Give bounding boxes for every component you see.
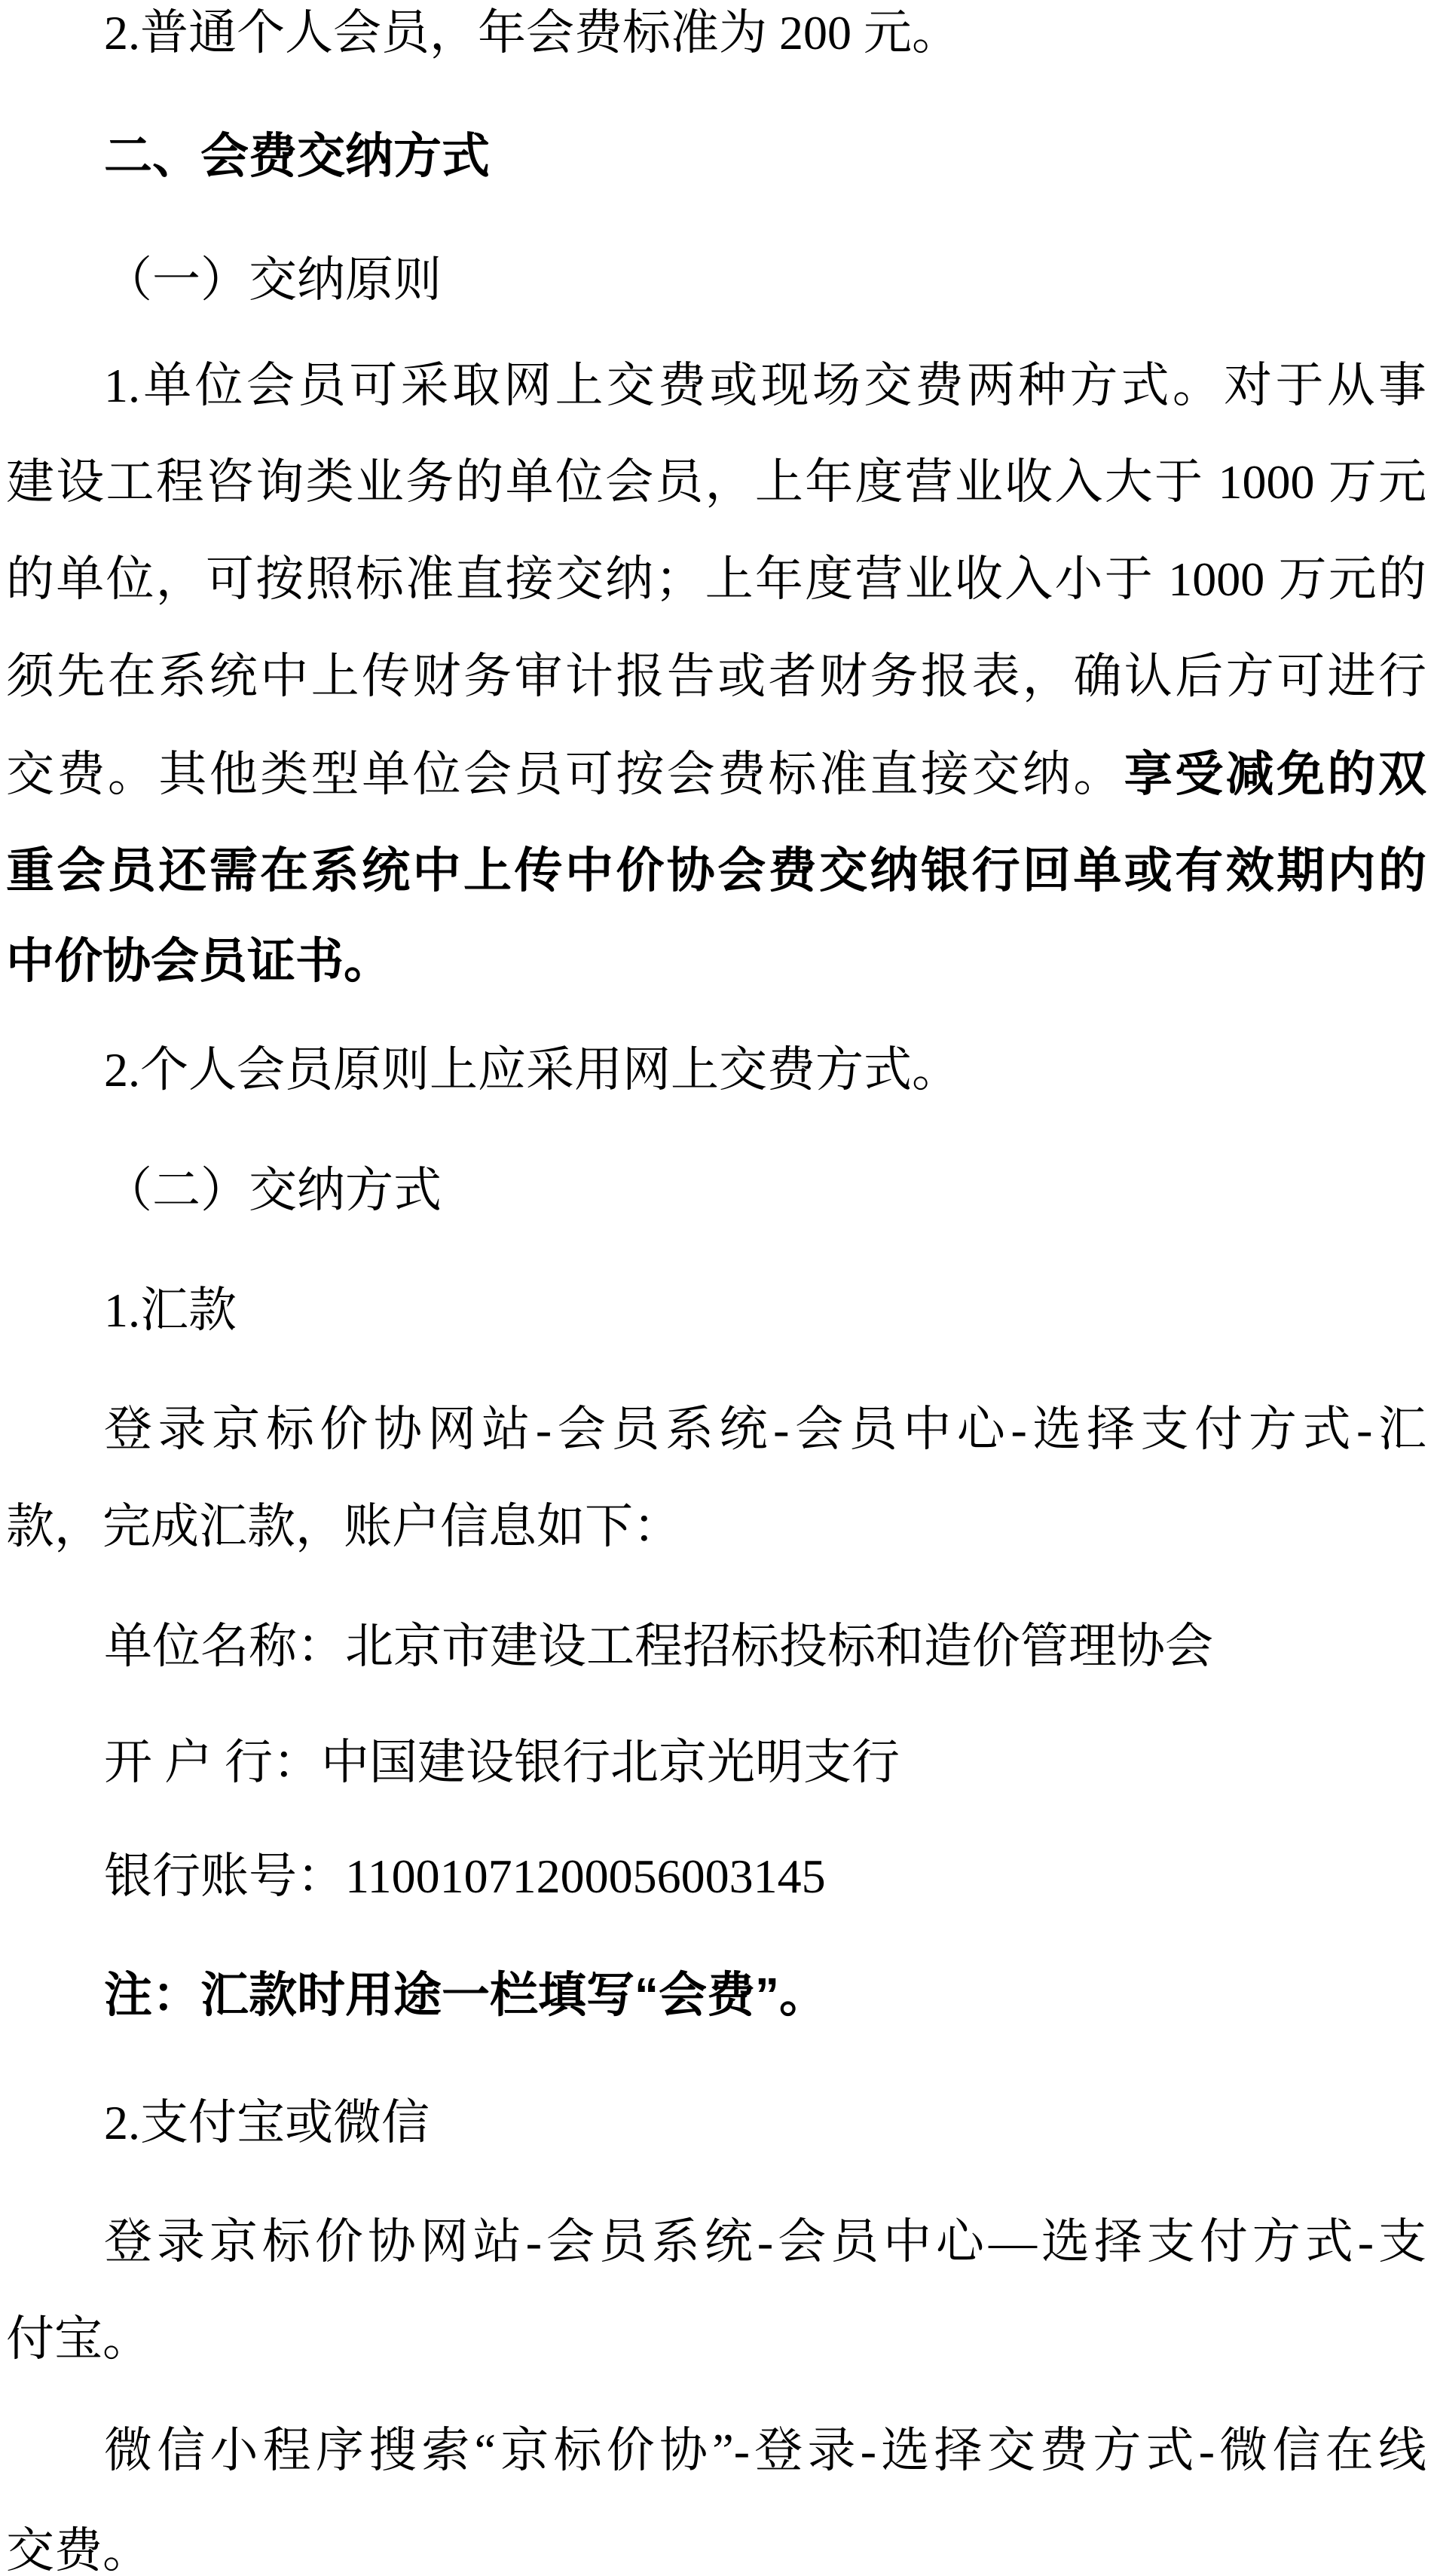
bold-text-segment: 注：汇款时用途一栏填写“会费”。: [104, 1968, 827, 2022]
text-line: 微信小程序搜索“京标价协”-登录-选择交费方式-微信在线: [6, 2425, 1426, 2477]
text-segment: 登录京标价协网站-会员系统-会员中心—选择支付方式-支: [104, 2215, 1426, 2269]
text-line: 2.个人会员原则上应采用网上交费方式。: [6, 1044, 1426, 1097]
text-line: 款，完成汇款，账户信息如下：: [6, 1501, 1426, 1553]
text-segment: 2.个人会员原则上应采用网上交费方式。: [104, 1043, 960, 1097]
text-segment: 微信小程序搜索“京标价协”-登录-选择交费方式-微信在线: [104, 2424, 1426, 2477]
text-line: 1.汇款: [6, 1284, 1426, 1337]
text-segment: （二）交纳方式: [104, 1164, 442, 1217]
text-line: 1.单位会员可采取网上交费或现场交费两种方式。对于从事: [6, 359, 1426, 412]
text-segment: 登录京标价协网站-会员系统-会员中心-选择支付方式-汇: [104, 1403, 1426, 1456]
text-line: 登录京标价协网站-会员系统-会员中心-选择支付方式-汇: [6, 1403, 1426, 1456]
text-line: 开 户 行：中国建设银行北京光明支行: [6, 1736, 1426, 1789]
text-segment: （一）交纳原则: [104, 253, 442, 307]
text-segment: 交费。: [6, 2524, 151, 2576]
text-line: 中价协会员证书。: [6, 935, 1426, 988]
text-segment: 款，完成汇款，账户信息如下：: [6, 1500, 681, 1553]
text-segment: 单位名称：北京市建设工程招标投标和造价管理协会: [104, 1620, 1213, 1673]
text-line: 建设工程咨询类业务的单位会员，上年度营业收入大于 1000 万元: [6, 456, 1426, 509]
text-line: 二、会费交纳方式: [6, 130, 1426, 183]
text-segment: 须先在系统中上传财务审计报告或者财务报表，确认后方可进行: [6, 650, 1426, 703]
text-segment: 银行账号：11001071200056003145: [104, 1849, 826, 1903]
bold-text-segment: 重会员还需在系统中上传中价协会费交纳银行回单或有效期内的: [6, 843, 1426, 898]
text-line: 2.支付宝或微信: [6, 2097, 1426, 2149]
text-line: （二）交纳方式: [6, 1164, 1426, 1217]
text-line: 交费。其他类型单位会员可按会费标准直接交纳。享受减免的双: [6, 748, 1426, 801]
text-line: 登录京标价协网站-会员系统-会员中心—选择支付方式-支: [6, 2216, 1426, 2269]
text-segment: 2.支付宝或微信: [104, 2096, 430, 2149]
text-segment: 付宝。: [6, 2312, 151, 2366]
text-line: 2.普通个人会员，年会费标准为 200 元。: [6, 7, 1426, 60]
text-line: 注：汇款时用途一栏填写“会费”。: [6, 1969, 1426, 2022]
text-line: （一）交纳原则: [6, 254, 1426, 307]
text-line: 付宝。: [6, 2313, 1426, 2366]
text-line: 交费。: [6, 2525, 1426, 2576]
text-line: 单位名称：北京市建设工程招标投标和造价管理协会: [6, 1620, 1426, 1673]
text-segment: 建设工程咨询类业务的单位会员，上年度营业收入大于 1000 万元: [6, 455, 1426, 509]
text-segment: 交费。其他类型单位会员可按会费标准直接交纳。: [6, 748, 1124, 801]
document-page: 2.普通个人会员，年会费标准为 200 元。二、会费交纳方式（一）交纳原则1.单…: [0, 0, 1434, 2576]
bold-text-segment: 中价协会员证书。: [6, 934, 392, 988]
text-segment: 2.普通个人会员，年会费标准为 200 元。: [104, 6, 960, 60]
text-line: 须先在系统中上传财务审计报告或者财务报表，确认后方可进行: [6, 650, 1426, 703]
bold-text-segment: 二、会费交纳方式: [104, 129, 490, 183]
text-line: 重会员还需在系统中上传中价协会费交纳银行回单或有效期内的: [6, 844, 1426, 898]
text-segment: 的单位，可按照标准直接交纳；上年度营业收入小于 1000 万元的: [6, 552, 1426, 606]
text-line: 银行账号：11001071200056003145: [6, 1850, 1426, 1903]
bold-text-segment: 享受减免的双: [1124, 747, 1426, 801]
text-segment: 1.单位会员可采取网上交费或现场交费两种方式。对于从事: [104, 359, 1426, 412]
text-segment: 1.汇款: [104, 1283, 237, 1337]
text-line: 的单位，可按照标准直接交纳；上年度营业收入小于 1000 万元的: [6, 553, 1426, 606]
text-segment: 开 户 行：中国建设银行北京光明支行: [104, 1736, 900, 1789]
